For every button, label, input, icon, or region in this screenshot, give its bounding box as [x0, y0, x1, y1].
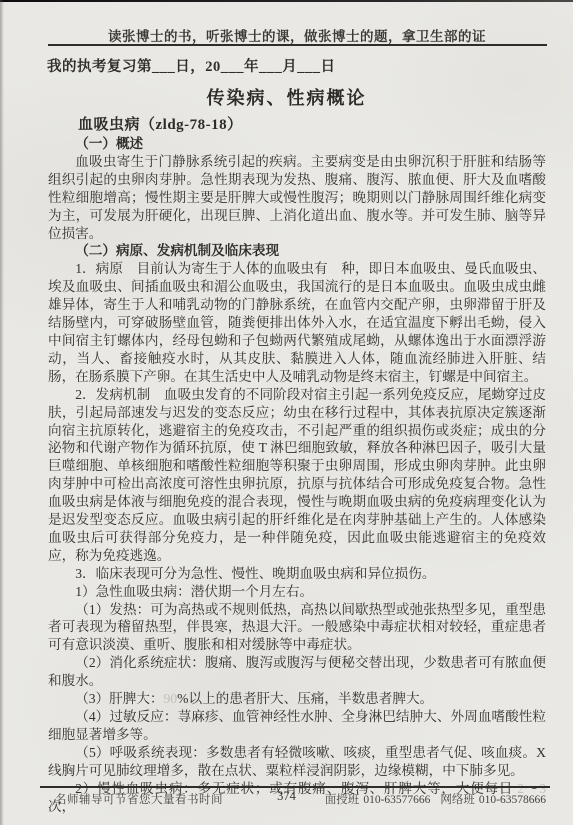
- text-run: （一）概述: [75, 136, 143, 151]
- paragraph: （1）发热：可为高热或不规则低热，高热以间歇热型或弛张热型多见，重型患者可表现为…: [48, 601, 546, 655]
- paragraph: 1．病原 目前认为寄生于人体的血吸虫有 种，即日本血吸虫、曼氏血吸虫、埃及血吸虫…: [48, 260, 546, 385]
- online-class-phone: 010-63578666: [479, 794, 546, 806]
- footer-left-text: 名师辅导可节省您大量看书时间: [55, 791, 223, 807]
- face-class-group: 面授班010-63577666: [325, 794, 431, 806]
- review-progress-line: 我的执考复习第___日，20___年___月___日: [47, 55, 336, 76]
- text-run: 2．发病机制 血吸虫发育的不同阶段对宿主引起一系列免疫反应，尾蚴穿过皮肤，引起局…: [48, 387, 546, 563]
- faint-print-text-run: 90: [164, 691, 178, 706]
- scan-left-edge: [0, 0, 4, 825]
- paragraph: 血吸虫寄生于门静脉系统引起的疾病。主要病变是由虫卵沉积于肝脏和结肠等组织引起的虫…: [48, 153, 546, 243]
- online-class-label: 网络班: [440, 794, 475, 806]
- document-content: 血吸虫病（zldg-78-18）（一）概述血吸虫寄生于门静脉系统引起的疾病。主要…: [48, 115, 546, 815]
- online-class-group: 网络班010-63578666: [440, 794, 546, 806]
- text-run: （5）呼吸系统表现：多数患者有轻微咳嗽、咳痰，重型患者气促、咳血痰。X 线胸片可…: [48, 745, 546, 778]
- text-run: （二）病原、发病机制及临床表现: [75, 243, 279, 258]
- text-run: %以上的患者肝大、压痛，半数患者脾大。: [177, 691, 433, 706]
- section-heading: 血吸虫病（zldg-78-18）: [48, 115, 546, 135]
- footer-rule: [40, 786, 550, 788]
- footer-contact: 面授班010-63577666网络班010-63578666: [325, 791, 546, 807]
- section-heading: （二）病原、发病机制及临床表现: [48, 242, 546, 260]
- text-run: 1．病原 目前认为寄生于人体的血吸虫有 种，即日本血吸虫、曼氏血吸虫、埃及血吸虫…: [48, 261, 546, 383]
- text-run: 血吸虫寄生于门静脉系统引起的疾病。主要病变是由虫卵沉积于肝脏和结肠等组织引起的虫…: [48, 154, 546, 241]
- scanned-book-page: 读张博士的书，听张博士的课，做张博士的题，拿卫生部的证 我的执考复习第___日，…: [0, 0, 573, 825]
- header-rule: [48, 44, 547, 46]
- text-run: （1）发热：可为高热或不规则低热，高热以间歇热型或弛张热型多见，重型患者可表现为…: [48, 602, 546, 653]
- text-run: （2）消化系统症状：腹痛、腹泻或腹泻与便秘交替出现，少数患者可有脓血便和腹水。: [48, 655, 546, 688]
- scan-top-edge: [0, 0, 573, 2]
- face-class-label: 面授班: [325, 794, 360, 806]
- text-run: （3）肝脾大：: [75, 691, 163, 706]
- page-title: 传染病、性病概论: [0, 84, 573, 110]
- paragraph: 2．发病机制 血吸虫发育的不同阶段对宿主引起一系列免疫反应，尾蚴穿过皮肤，引起局…: [48, 386, 546, 565]
- paragraph: 3．临床表现可分为急性、慢性、晚期血吸虫病和异位损伤。: [48, 565, 546, 583]
- text-run: 血吸虫病（zldg-78-18）: [78, 117, 243, 133]
- paragraph: （4）过敏反应：荨麻疹、血管神经性水肿、全身淋巴结肿大、外周血嗜酸性粒细胞显著增…: [48, 708, 546, 744]
- face-class-phone: 010-63577666: [363, 794, 430, 806]
- paragraph: （3）肝脾大：90%以上的患者肝大、压痛，半数患者脾大。: [48, 690, 546, 708]
- text-run: （4）过敏反应：荨麻疹、血管神经性水肿、全身淋巴结肿大、外周血嗜酸性粒细胞显著增…: [48, 709, 546, 742]
- paragraph: 1）急性血吸虫病：潜伏期一个月左右。: [48, 583, 546, 601]
- section-heading: （一）概述: [48, 135, 546, 153]
- paragraph: （2）消化系统症状：腹痛、腹泻或腹泻与便秘交替出现，少数患者可有脓血便和腹水。: [48, 654, 546, 690]
- page-number: 374: [277, 789, 296, 804]
- paragraph: （5）呼吸系统表现：多数患者有轻微咳嗽、咳痰，重型患者气促、咳血痰。X 线胸片可…: [48, 744, 546, 780]
- text-run: 3．临床表现可分为急性、慢性、晚期血吸虫病和异位损伤。: [75, 566, 435, 581]
- text-run: 1）急性血吸虫病：潜伏期一个月左右。: [75, 584, 313, 599]
- header-slogan: 读张博士的书，听张博士的课，做张博士的题，拿卫生部的证: [48, 25, 546, 45]
